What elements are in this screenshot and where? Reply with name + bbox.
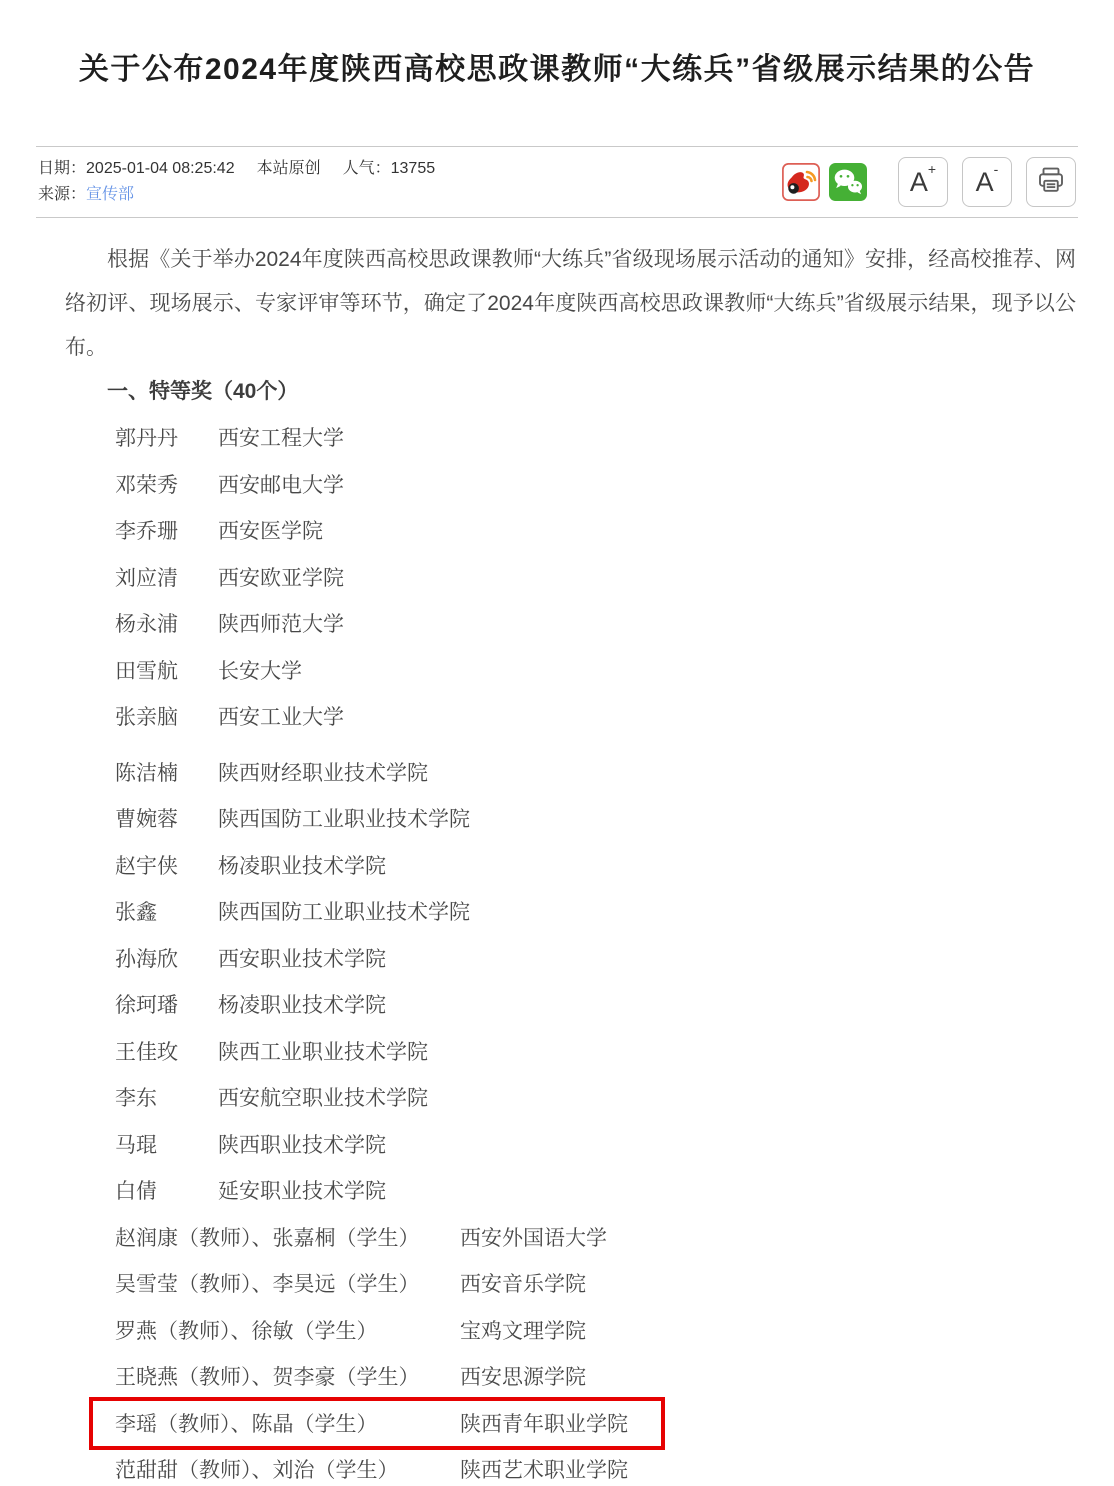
winner-name: 徐珂璠	[115, 989, 218, 1019]
font-increase-icon: A+	[910, 169, 936, 196]
winner-school: 陕西职业技术学院	[218, 1129, 386, 1159]
winner-name: 李瑶（教师）、陈晶（学生）	[115, 1408, 460, 1438]
winner-school: 陕西青年职业学院	[460, 1408, 628, 1438]
winner-school: 杨凌职业技术学院	[218, 850, 386, 880]
winner-school: 西安医学院	[218, 515, 323, 545]
origin-flag: 本站原创	[257, 160, 321, 177]
winner-name: 赵宇侠	[115, 850, 218, 880]
winner-row: 曹婉蓉 陕西国防工业职业技术学院	[65, 795, 1076, 842]
winner-school: 西安工业大学	[218, 701, 344, 731]
winner-name: 邓荣秀	[115, 469, 218, 499]
winner-name: 孙海欣	[115, 943, 218, 973]
winner-row: 陈洁楠 陕西财经职业技术学院	[65, 749, 1076, 796]
winner-row: 刘应清 西安欧亚学院	[65, 554, 1076, 601]
meta-line-1: 日期：2025-01-04 08:25:42本站原创人气：13755	[38, 156, 435, 182]
weibo-share-icon	[782, 163, 820, 201]
winner-name: 范甜甜（教师）、刘治（学生）	[115, 1454, 460, 1484]
wechat-share-icon	[829, 163, 867, 201]
winner-row: 张鑫 陕西国防工业职业技术学院	[65, 888, 1076, 935]
winner-school: 延安职业技术学院	[218, 1175, 386, 1205]
winner-name: 曹婉蓉	[115, 803, 218, 833]
winner-name: 陈洁楠	[115, 757, 218, 787]
font-decrease-icon: A-	[976, 169, 999, 196]
winner-row: 王晓燕（教师）、贺李豪（学生） 西安思源学院	[65, 1353, 1076, 1400]
article-body: 根据《关于举办2024年度陕西高校思政课教师“大练兵”省级现场展示活动的通知》安…	[0, 238, 1114, 1486]
winner-row: 田雪航 长安大学	[65, 647, 1076, 694]
share-toolbar: A+ A-	[782, 157, 1076, 207]
font-decrease-button[interactable]: A-	[962, 157, 1012, 207]
winner-row: 吴雪莹（教师）、李昊远（学生） 西安音乐学院	[65, 1260, 1076, 1307]
winner-school: 陕西艺术职业学院	[460, 1454, 628, 1484]
winner-school: 西安航空职业技术学院	[218, 1082, 428, 1112]
winner-name: 郭丹丹	[115, 422, 218, 452]
winner-name: 王晓燕（教师）、贺李豪（学生）	[115, 1361, 460, 1391]
wechat-share-button[interactable]	[829, 163, 867, 201]
winner-row: 赵润康（教师）、张嘉桐（学生） 西安外国语大学	[65, 1214, 1076, 1261]
winner-row: 罗燕（教师）、徐敏（学生） 宝鸡文理学院	[65, 1307, 1076, 1354]
print-button[interactable]	[1026, 157, 1076, 207]
winner-school: 陕西财经职业技术学院	[218, 757, 428, 787]
meta-bar: 日期：2025-01-04 08:25:42本站原创人气：13755 来源：宣传…	[36, 146, 1078, 218]
winner-school: 宝鸡文理学院	[460, 1315, 586, 1345]
winner-row: 李乔珊 西安医学院	[65, 507, 1076, 554]
winner-name: 白倩	[115, 1175, 218, 1205]
section-heading: 一、特等奖（40个）	[65, 370, 1076, 414]
winner-school: 西安职业技术学院	[218, 943, 386, 973]
announcement-page: 关于公布2024年度陕西高校思政课教师“大练兵”省级展示结果的公告 日期：202…	[0, 0, 1114, 1486]
winner-row: 杨永浦 陕西师范大学	[65, 600, 1076, 647]
winner-row: 王佳玫 陕西工业职业技术学院	[65, 1028, 1076, 1075]
meta-text: 日期：2025-01-04 08:25:42本站原创人气：13755 来源：宣传…	[38, 156, 435, 208]
source-link[interactable]: 宣传部	[86, 186, 134, 203]
intro-paragraph: 根据《关于举办2024年度陕西高校思政课教师“大练兵”省级现场展示活动的通知》安…	[65, 238, 1076, 370]
winner-school: 陕西国防工业职业技术学院	[218, 896, 470, 926]
winner-row: 白倩 延安职业技术学院	[65, 1167, 1076, 1214]
winner-school: 西安工程大学	[218, 422, 344, 452]
winner-row: 李瑶（教师）、陈晶（学生） 陕西青年职业学院	[65, 1400, 1076, 1447]
winner-school: 西安音乐学院	[460, 1268, 586, 1298]
winner-school: 陕西师范大学	[218, 608, 344, 638]
winner-school: 西安外国语大学	[460, 1222, 607, 1252]
winner-list: 郭丹丹 西安工程大学 邓荣秀 西安邮电大学 李乔珊 西安医学院 刘应清 西安欧亚…	[65, 414, 1076, 1486]
winner-row: 马琨 陕西职业技术学院	[65, 1121, 1076, 1168]
winner-name: 罗燕（教师）、徐敏（学生）	[115, 1315, 460, 1345]
winner-school: 陕西国防工业职业技术学院	[218, 803, 470, 833]
winner-name: 吴雪莹（教师）、李昊远（学生）	[115, 1268, 460, 1298]
source-label: 来源：	[38, 186, 86, 203]
winner-row: 邓荣秀 西安邮电大学	[65, 461, 1076, 508]
winner-name: 李乔珊	[115, 515, 218, 545]
winner-name: 李东	[115, 1082, 218, 1112]
winner-school: 西安思源学院	[460, 1361, 586, 1391]
winner-name: 王佳玫	[115, 1036, 218, 1066]
winner-row: 郭丹丹 西安工程大学	[65, 414, 1076, 461]
date-value: 2025-01-04 08:25:42	[86, 160, 235, 177]
date-label: 日期：	[38, 160, 86, 177]
views-value: 13755	[391, 160, 436, 177]
winner-school: 西安邮电大学	[218, 469, 344, 499]
page-title: 关于公布2024年度陕西高校思政课教师“大练兵”省级展示结果的公告	[0, 0, 1114, 90]
winner-name: 马琨	[115, 1129, 218, 1159]
winner-name: 杨永浦	[115, 608, 218, 638]
meta-line-2: 来源：宣传部	[38, 182, 435, 208]
winner-row: 李东 西安航空职业技术学院	[65, 1074, 1076, 1121]
winner-school: 长安大学	[218, 655, 302, 685]
winner-name: 张亲脑	[115, 701, 218, 731]
printer-icon	[1036, 165, 1066, 200]
winner-name: 赵润康（教师）、张嘉桐（学生）	[115, 1222, 460, 1252]
winner-school: 陕西工业职业技术学院	[218, 1036, 428, 1066]
winner-row: 赵宇侠 杨凌职业技术学院	[65, 842, 1076, 889]
winner-school: 西安欧亚学院	[218, 562, 344, 592]
winner-school: 杨凌职业技术学院	[218, 989, 386, 1019]
winner-name: 田雪航	[115, 655, 218, 685]
winner-row: 孙海欣 西安职业技术学院	[65, 935, 1076, 982]
winner-row: 徐珂璠 杨凌职业技术学院	[65, 981, 1076, 1028]
winner-name: 张鑫	[115, 896, 218, 926]
font-increase-button[interactable]: A+	[898, 157, 948, 207]
weibo-share-button[interactable]	[782, 163, 820, 201]
winner-name: 刘应清	[115, 562, 218, 592]
winner-row: 范甜甜（教师）、刘治（学生） 陕西艺术职业学院	[65, 1446, 1076, 1486]
winner-row: 张亲脑 西安工业大学	[65, 693, 1076, 740]
views-label: 人气：	[343, 160, 391, 177]
